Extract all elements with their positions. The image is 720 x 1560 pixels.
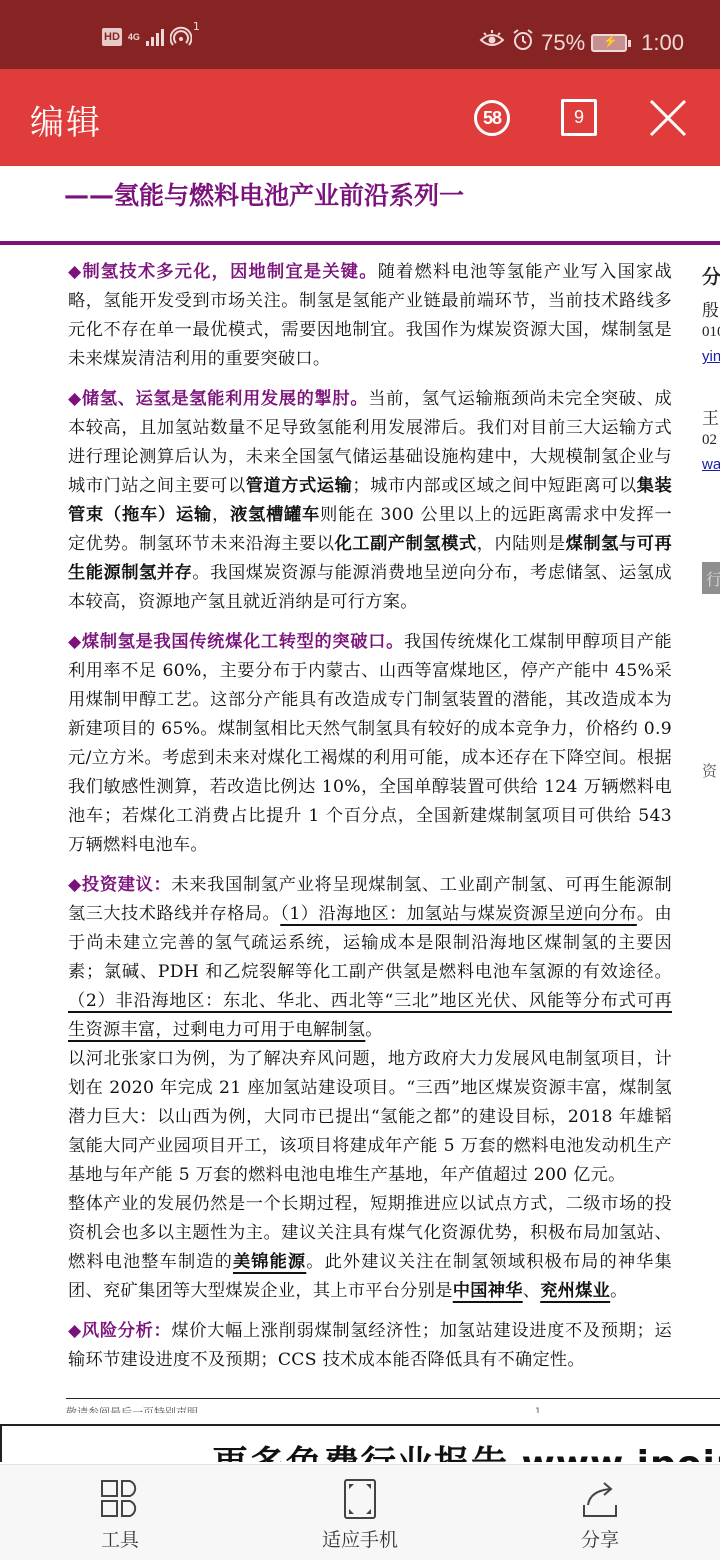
analyst-phone: 010 [702,324,720,341]
status-bar: HD 4G 1 75% ⚡ 1:00 [0,0,720,69]
footer-page-number: 1 [535,1406,541,1413]
title-divider [0,241,720,245]
paragraph-text: 我国传统煤化工煤制甲醇项目产能利用率不足 60%，主要分布于内蒙古、山西等富煤地… [68,632,672,855]
analyst-email-link[interactable]: wa [702,456,720,473]
network-type-icon: 4G [128,33,140,42]
paragraph-risk-analysis: ◆风险分析：煤价大幅上涨削弱煤制氢经济性；加氢站建设进度不及预期；运输环节建设进… [68,1317,672,1375]
promo-banner-text: 更多免费行业报告 www.ipoipo [212,1436,720,1462]
battery-percent: 75% [541,30,585,56]
footer-divider [66,1398,720,1399]
alarm-icon [511,28,535,58]
stock-name: 中国神华 [453,1281,523,1301]
tools-button[interactable]: 工具 [40,1465,200,1560]
status-right-icons: 75% ⚡ 1:00 [479,28,684,58]
hotspot-icon: 1 [170,26,192,48]
share-icon [580,1479,620,1519]
paragraph-storage-transport: ◆储氢、运氢是氢能利用发展的掣肘。当前，氢气运输瓶颈尚未完全突破、成本较高，且加… [68,385,672,617]
close-button[interactable] [648,98,688,138]
tools-label: 工具 [101,1525,139,1552]
document-viewer[interactable]: ——氢能与燃料电池产业前沿系列一 ◆制氢技术多元化，因地制宜是关键。随着燃料电池… [0,166,720,1462]
analyst-name: 王 [702,404,719,429]
document-body: ◆制氢技术多元化，因地制宜是关键。随着燃料电池等氢能产业写入国家战略，氢能开发受… [68,258,672,1386]
paragraph-investment-advice: ◆投资建议：未来我国制氢产业将呈现煤制氢、工业副产制氢、可再生能源制氢三大技术路… [68,871,672,1045]
bold-phrase: 液氢槽罐车 [230,505,320,525]
stock-name: 兖州煤业 [540,1281,610,1301]
sidebar-heading: 分 [702,262,720,289]
hotspot-count: 1 [193,20,200,33]
sidebar-tag: 行 [702,562,720,594]
paragraph-lead: ◆储氢、运氢是氢能利用发展的掣肘。 [68,389,368,409]
stock-name: 美锦能源 [233,1252,306,1272]
analyst-phone: 02 [702,432,717,449]
app-header: 编辑 58 9 [0,69,720,166]
clock: 1:00 [641,30,684,56]
paragraph-text: 以河北张家口为例，为了解决弃风问题，地方政府大力发展风电制氢项目，计划在 202… [68,1049,672,1185]
share-button[interactable]: 分享 [520,1465,680,1560]
paragraph-text: ， [212,505,230,525]
document-title: ——氢能与燃料电池产业前沿系列一 [64,176,464,212]
footer-disclaimer: 敬请参阅最后一页特别声明 [66,1406,198,1413]
paragraph-hydrogen-production: ◆制氢技术多元化，因地制宜是关键。随着燃料电池等氢能产业写入国家战略，氢能开发受… [68,258,672,374]
paragraph-text: 、 [523,1281,541,1301]
sidebar-text: 资 [702,760,717,781]
close-icon [648,98,688,138]
paragraph-industry-outlook: 整体产业的发展仍然是一个长期过程，短期推进应以试点方式，二级市场的投资机会也多以… [68,1190,672,1306]
promo-banner: 更多免费行业报告 www.ipoipo [0,1424,720,1462]
underlined-phrase: （1）沿海地区：加氢站与煤炭资源呈逆向分布 [280,904,637,924]
analyst-email-link[interactable]: yin [702,348,720,365]
paragraph-lead: ◆煤制氢是我国传统煤化工转型的突破口。 [68,632,404,652]
share-label: 分享 [581,1525,619,1552]
status-left-icons: HD 4G 1 [102,26,192,48]
analyst-name: 殷 [702,296,719,321]
bottom-toolbar: 工具 适应手机 分享 [0,1464,720,1560]
battery-charging-icon: ⚡ [591,34,627,52]
fit-screen-button[interactable]: 适应手机 [280,1465,440,1560]
page-count-button[interactable]: 9 [561,99,597,136]
comments-count-button[interactable]: 58 [474,100,510,136]
paragraph-lead: ◆制氢技术多元化，因地制宜是关键。 [68,262,378,282]
paragraph-text: 。 [610,1281,628,1301]
paragraph-zhangjiakou-example: 以河北张家口为例，为了解决弃风问题，地方政府大力发展风电制氢项目，计划在 202… [68,1045,672,1190]
fit-screen-label: 适应手机 [322,1525,398,1552]
paragraph-text: ，内陆则是 [477,534,566,554]
fit-screen-icon [340,1479,380,1519]
edit-button[interactable]: 编辑 [30,95,102,144]
bold-phrase: 管道方式运输 [246,476,353,496]
hd-voice-icon: HD [102,28,122,46]
paragraph-coal-hydrogen: ◆煤制氢是我国传统煤化工转型的突破口。我国传统煤化工煤制甲醇项目产能利用率不足 … [68,628,672,860]
paragraph-lead: ◆风险分析： [68,1321,171,1341]
bold-phrase: 化工副产制氢模式 [335,534,477,554]
paragraph-lead: ◆投资建议： [68,875,171,895]
paragraph-text: 。 [365,1020,383,1040]
eye-comfort-icon [479,30,505,56]
signal-strength-icon [146,28,164,46]
tools-grid-icon [100,1479,140,1519]
paragraph-text: ；城市内部或区域之间中短距离可以 [352,476,636,496]
